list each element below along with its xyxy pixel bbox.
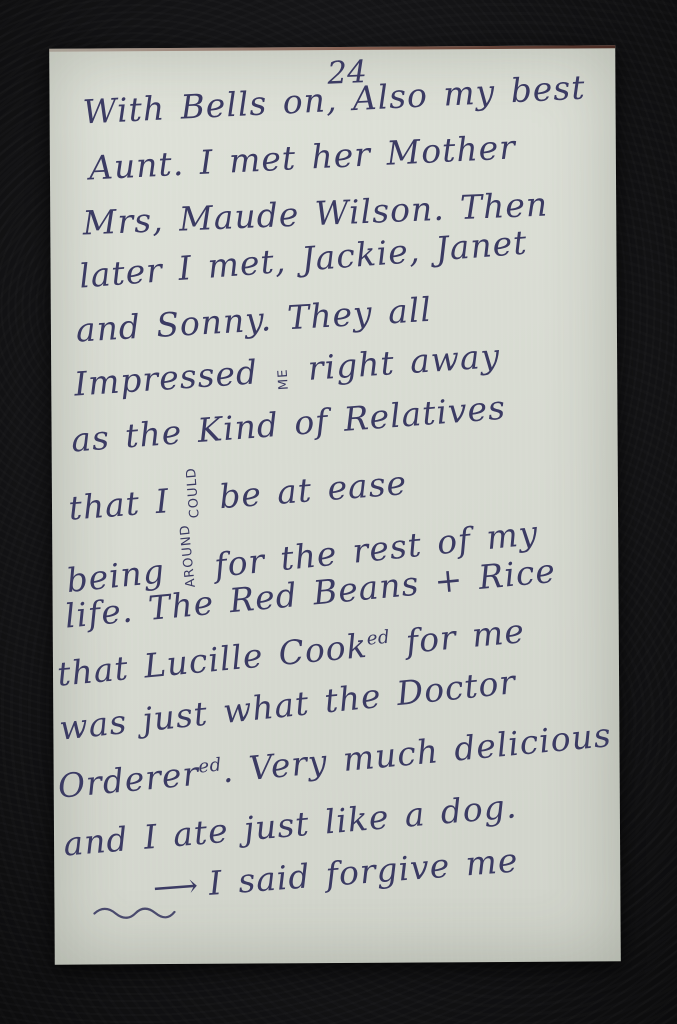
- line-text: that I: [67, 481, 171, 528]
- line-text: Impressed: [73, 352, 259, 403]
- line-text: for me: [389, 611, 527, 662]
- line-text: I said forgive me: [207, 840, 519, 902]
- handwritten-line: Aunt. I met her Mother: [88, 127, 517, 187]
- photo-background: 24 With Bells on, Also my best Aunt. I m…: [0, 0, 677, 1024]
- superscript-correction: ed: [366, 627, 391, 650]
- line-text: right away: [307, 336, 502, 388]
- line-text: . Very much delicious: [220, 715, 613, 790]
- superscript-correction: ed: [197, 754, 222, 777]
- wavy-underline-icon: [92, 904, 176, 921]
- letter-page: 24 With Bells on, Also my best Aunt. I m…: [49, 45, 621, 964]
- handwritten-line: and Sonny. They all: [75, 290, 433, 350]
- inserted-word-me: ME: [276, 368, 290, 390]
- inserted-word-around: AROUND: [179, 524, 198, 588]
- line-text: Orderer: [56, 754, 201, 806]
- inserted-word-could: COULD: [185, 467, 202, 519]
- arrow-icon: ⟶: [152, 868, 201, 907]
